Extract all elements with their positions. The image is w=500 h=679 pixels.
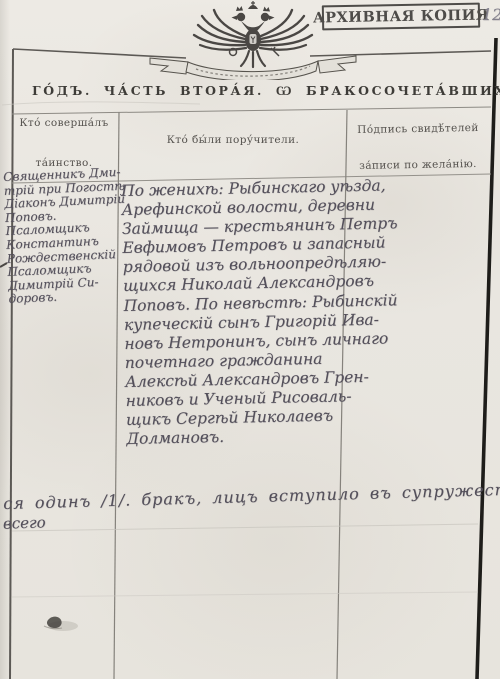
double-headed-eagle [194, 1, 312, 67]
column-header-signature-line1: По́дпись свидѣ́телей [352, 122, 484, 136]
faint-crease [2, 102, 200, 105]
page-number: 12 [482, 5, 500, 24]
archive-stamp-label: АРХИВНАЯ КОПИЯ [313, 6, 490, 26]
margin-mark [0, 263, 7, 267]
column-header-officiant-line1: Кто́ соверша́лъ [12, 117, 116, 129]
faint-rule-1 [12, 524, 478, 531]
column-header-witnesses: Кто́ бы́ли пору́чители. [122, 134, 344, 146]
officiant-entry: Священникъ Дми- трій при Погостѣ Діаконъ… [3, 166, 125, 307]
column-header-signature-line2: за́писи по жела́нію. [352, 158, 484, 172]
register-title: ГО́ДЪ. ЧА́СТЬ ВТОРА́Я. Ѡ БРАКОСОЧЕТА́ВШИ… [32, 83, 484, 99]
table-top-rule [12, 107, 491, 114]
archive-stamp: АРХИВНАЯ КОПИЯ [322, 3, 480, 31]
frame-left-line [10, 49, 13, 679]
witnesses-entry: По женихѣ: Рыбинскаго уѣзда, Арефинской … [121, 177, 367, 449]
ink-blot [47, 617, 62, 628]
document-page: АРХИВНАЯ КОПИЯ 12 ГО́ДЪ. ЧА́СТЬ ВТОРА́Я.… [0, 0, 500, 679]
scan-right-edge [477, 38, 496, 679]
summary-annotation-continued: всего [3, 513, 46, 532]
faint-rule-2 [12, 592, 478, 597]
